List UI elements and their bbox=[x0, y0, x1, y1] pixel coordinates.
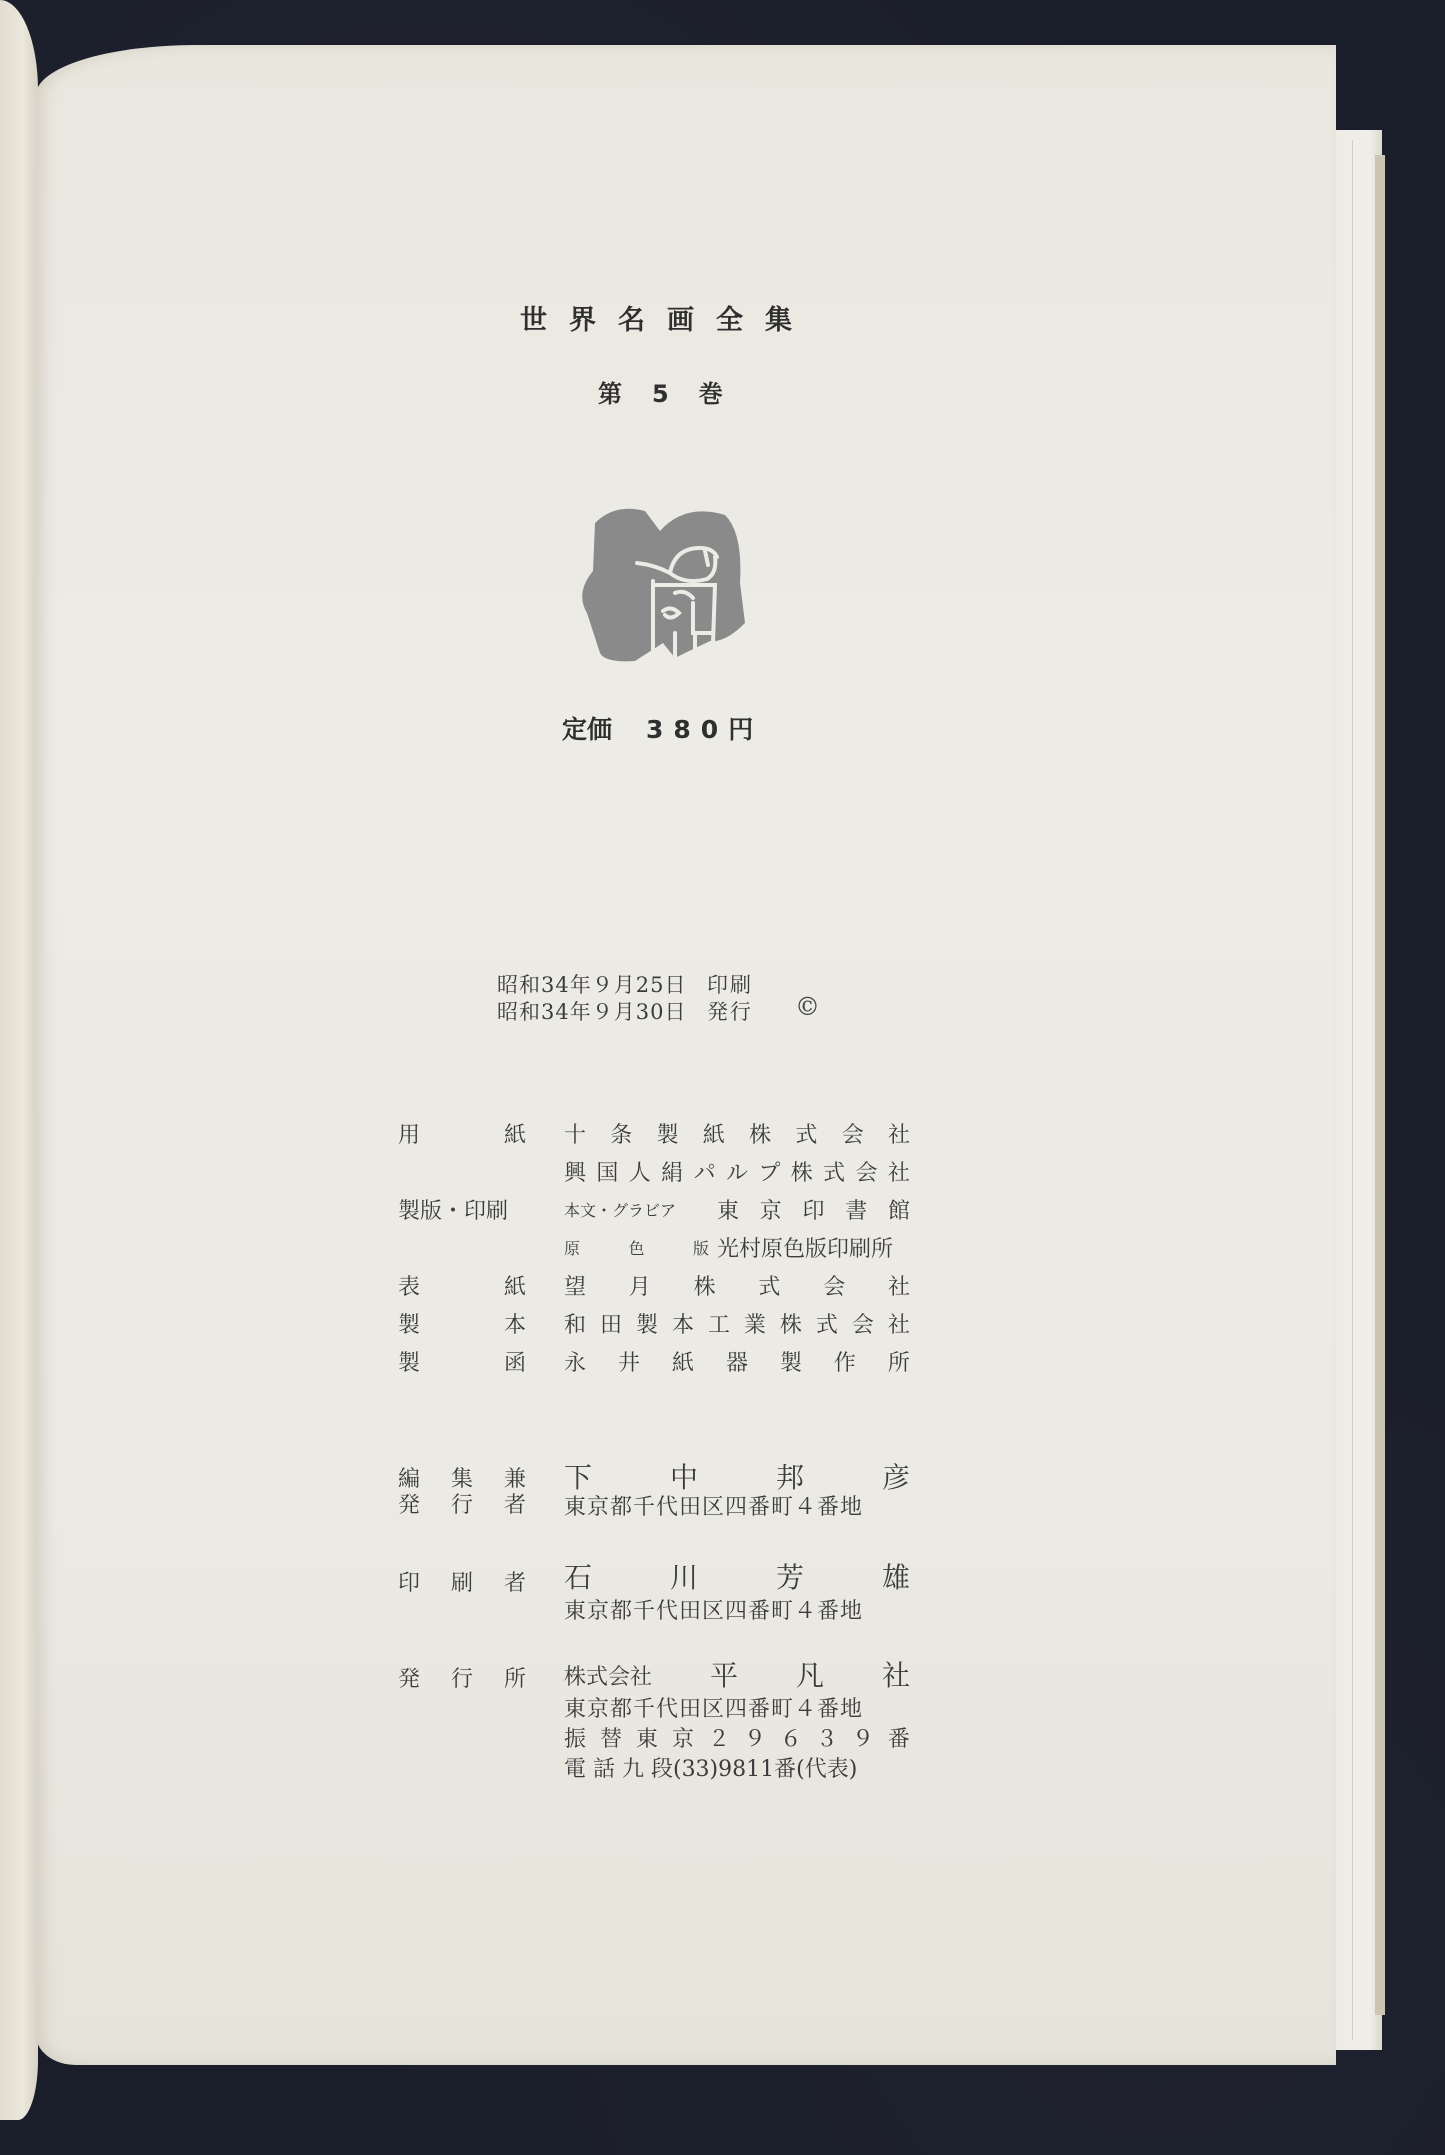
value-char: ９ bbox=[852, 1722, 874, 1753]
value-char: パ bbox=[694, 1156, 716, 1187]
value-char: 東 bbox=[717, 1194, 739, 1225]
value-char: ９ bbox=[744, 1722, 766, 1753]
label-char: 表 bbox=[398, 1270, 420, 1301]
colophon-row-paper: 用 紙 十 条 製 紙 株 式 会 社 bbox=[398, 1112, 910, 1150]
phone-text: 電 話 九 段(33)9811番(代表) bbox=[564, 1752, 857, 1783]
value-char: 作 bbox=[834, 1346, 856, 1377]
colophon-row-binding: 製 本 和 田 製 本 工 業 株 式 会 社 bbox=[398, 1302, 910, 1340]
value-char: 製 bbox=[636, 1308, 658, 1339]
address-text: 東京都千代田区四番町４番地 bbox=[564, 1594, 863, 1625]
value-char: 興 bbox=[564, 1156, 586, 1187]
label-char: 用 bbox=[398, 1118, 420, 1149]
name-char: 平 bbox=[710, 1654, 738, 1694]
publish-label: 発行 bbox=[707, 999, 765, 1026]
row-label: 用 紙 bbox=[398, 1118, 526, 1149]
name-char: 凡 bbox=[796, 1654, 824, 1694]
value-char: 絹 bbox=[661, 1156, 683, 1187]
value-char: ２ bbox=[708, 1722, 730, 1753]
row-label: 製 函 bbox=[398, 1346, 526, 1377]
colophon-row-transfer: 振 替 東 京 ２ ９ ６ ３ ９ 番 bbox=[398, 1722, 910, 1752]
name-char: 石 bbox=[564, 1556, 592, 1596]
value-char: ル bbox=[726, 1156, 748, 1187]
colophon-table: 用 紙 十 条 製 紙 株 式 会 社 興 国 人 絹 パ ル プ bbox=[398, 1112, 910, 1782]
value-char: 社 bbox=[888, 1156, 910, 1187]
prefix-char: 色 bbox=[628, 1236, 644, 1263]
value-char: 紙 bbox=[703, 1118, 725, 1149]
colophon-row-editor-address: 発 行 者 東京都千代田区四番町４番地 bbox=[398, 1488, 910, 1526]
label-char: 製 bbox=[398, 1346, 420, 1377]
colophon-row-platemaking-2: 原 色 版 光村原色版印刷所 bbox=[398, 1226, 910, 1264]
publisher-address: 東京都千代田区四番町４番地 bbox=[564, 1692, 910, 1723]
publication-dates: 昭和34年９月25日 印刷 昭和34年９月30日 発行 bbox=[497, 972, 765, 1026]
value-text: 光村原色版印刷所 bbox=[717, 1232, 893, 1263]
row-label: 印 刷 者 bbox=[398, 1566, 526, 1597]
label-char: 行 bbox=[451, 1488, 473, 1519]
name-char: 社 bbox=[882, 1654, 910, 1694]
row-value: 和 田 製 本 工 業 株 式 会 社 bbox=[564, 1308, 910, 1339]
value-char: 式 bbox=[795, 1118, 817, 1149]
label-char: 者 bbox=[504, 1566, 526, 1597]
page-content: 世界名画全集 第5巻 定価380円 昭和34年９月25日 印刷 昭和34年９月3… bbox=[0, 0, 1445, 2155]
value-char: 永 bbox=[564, 1346, 586, 1377]
editor-address: 東京都千代田区四番町４番地 bbox=[564, 1490, 910, 1521]
row-value: 望 月 株 式 会 社 bbox=[564, 1270, 910, 1301]
spacer bbox=[398, 1526, 910, 1556]
print-date: 昭和34年９月25日 bbox=[497, 972, 707, 999]
address-text: 東京都千代田区四番町４番地 bbox=[564, 1490, 863, 1521]
row-value: 本文・グラビア 東 京 印 書 館 bbox=[564, 1194, 910, 1225]
value-char: ６ bbox=[780, 1722, 802, 1753]
colophon-row-printer: 印 刷 者 石 川 芳 雄 bbox=[398, 1556, 910, 1594]
value-char: 工 bbox=[708, 1308, 730, 1339]
label-char: 者 bbox=[504, 1488, 526, 1519]
value-char: 製 bbox=[780, 1346, 802, 1377]
colophon-row-publisher: 発 行 所 株式会社 平 凡 社 bbox=[398, 1654, 910, 1692]
label-char: 函 bbox=[504, 1346, 526, 1377]
value-char: 本 bbox=[672, 1308, 694, 1339]
address-text: 東京都千代田区四番町４番地 bbox=[564, 1692, 863, 1723]
series-title: 世界名画全集 bbox=[520, 298, 920, 337]
value-char: 十 bbox=[564, 1118, 586, 1149]
name-char: 雄 bbox=[882, 1556, 910, 1596]
value-char: 京 bbox=[672, 1722, 694, 1753]
label-char: 印 bbox=[398, 1566, 420, 1597]
spacer bbox=[398, 1378, 910, 1456]
value-char: 社 bbox=[888, 1308, 910, 1339]
value-char: 紙 bbox=[672, 1346, 694, 1377]
value-char: 国 bbox=[596, 1156, 618, 1187]
transfer-account: 振 替 東 京 ２ ９ ６ ３ ９ 番 bbox=[564, 1722, 910, 1753]
value-char: 印 bbox=[802, 1194, 824, 1225]
value-char: プ bbox=[758, 1156, 780, 1187]
volume-number: 第5巻 bbox=[598, 374, 753, 409]
value-rest: 東 京 印 書 館 bbox=[717, 1194, 910, 1225]
colophon-row-cover: 表 紙 望 月 株 式 会 社 bbox=[398, 1264, 910, 1302]
value-char: 館 bbox=[888, 1194, 910, 1225]
value-char: 社 bbox=[888, 1118, 910, 1149]
row-label: 製 本 bbox=[398, 1308, 526, 1339]
value-prefix: 原 色 版 bbox=[564, 1232, 709, 1263]
value-char: 器 bbox=[726, 1346, 748, 1377]
spacer bbox=[398, 1632, 910, 1654]
colophon-row-phone: 電 話 九 段(33)9811番(代表) bbox=[398, 1752, 910, 1782]
value-char: 振 bbox=[564, 1722, 586, 1753]
bird-seal-logo-icon bbox=[575, 493, 750, 668]
name-char: 川 bbox=[670, 1556, 698, 1596]
print-label: 印刷 bbox=[707, 972, 765, 999]
printer-address: 東京都千代田区四番町４番地 bbox=[564, 1594, 910, 1625]
value-char: 製 bbox=[657, 1118, 679, 1149]
volume-digit: 5 bbox=[652, 380, 669, 408]
value-char: 会 bbox=[856, 1156, 878, 1187]
value-char: 番 bbox=[888, 1722, 910, 1753]
row-value: 原 色 版 光村原色版印刷所 bbox=[564, 1232, 910, 1263]
print-date-row: 昭和34年９月25日 印刷 bbox=[497, 972, 765, 999]
value-char: 株 bbox=[694, 1270, 716, 1301]
value-char: 月 bbox=[629, 1270, 651, 1301]
list-price: 定価380円 bbox=[562, 710, 763, 746]
company-prefix: 株式会社 bbox=[564, 1654, 652, 1694]
value-char: 和 bbox=[564, 1308, 586, 1339]
colophon-row-paper-2: 興 国 人 絹 パ ル プ 株 式 会 社 bbox=[398, 1150, 910, 1188]
name-char: 芳 bbox=[776, 1556, 804, 1596]
label-char: 刷 bbox=[451, 1566, 473, 1597]
value-char: 東 bbox=[636, 1722, 658, 1753]
row-label: 発 行 者 bbox=[398, 1488, 526, 1519]
prefix-text: 本文・グラビア bbox=[564, 1198, 676, 1225]
colophon-row-printer-address: 東京都千代田区四番町４番地 bbox=[398, 1594, 910, 1632]
value-char: 株 bbox=[780, 1308, 802, 1339]
label-char: 所 bbox=[504, 1662, 526, 1693]
price-label: 定価 bbox=[562, 715, 612, 744]
value-char: 会 bbox=[842, 1118, 864, 1149]
colophon-row-platemaking: 製版・印刷 本文・グラビア 東 京 印 書 館 bbox=[398, 1188, 910, 1226]
value-char: 所 bbox=[888, 1346, 910, 1377]
copyright-icon: © bbox=[795, 992, 820, 1021]
row-value: 永 井 紙 器 製 作 所 bbox=[564, 1346, 910, 1377]
value-rest: 光村原色版印刷所 bbox=[717, 1232, 910, 1263]
value-char: 式 bbox=[816, 1308, 838, 1339]
value-char: 田 bbox=[600, 1308, 622, 1339]
label-char: 本 bbox=[504, 1308, 526, 1339]
publish-date: 昭和34年９月30日 bbox=[497, 999, 707, 1026]
label-char: 発 bbox=[398, 1488, 420, 1519]
value-char: 井 bbox=[618, 1346, 640, 1377]
value-char: ３ bbox=[816, 1722, 838, 1753]
value-char: 会 bbox=[823, 1270, 845, 1301]
publish-date-row: 昭和34年９月30日 発行 bbox=[497, 999, 765, 1026]
row-value: 興 国 人 絹 パ ル プ 株 式 会 社 bbox=[564, 1156, 910, 1187]
volume-suffix: 巻 bbox=[699, 380, 723, 408]
value-char: 株 bbox=[749, 1118, 771, 1149]
label-char: 紙 bbox=[504, 1118, 526, 1149]
value-char: 式 bbox=[758, 1270, 780, 1301]
value-char: 会 bbox=[852, 1308, 874, 1339]
label-char: 製 bbox=[398, 1308, 420, 1339]
prefix-char: 原 bbox=[564, 1236, 580, 1263]
value-char: 株 bbox=[791, 1156, 813, 1187]
colophon-row-publisher-address: 東京都千代田区四番町４番地 bbox=[398, 1692, 910, 1722]
value-char: 業 bbox=[744, 1308, 766, 1339]
row-label: 製版・印刷 bbox=[398, 1194, 526, 1225]
value-char: 替 bbox=[600, 1722, 622, 1753]
printer-name: 石 川 芳 雄 bbox=[564, 1556, 910, 1596]
colophon-row-editor: 編 集 兼 下 中 邦 彦 bbox=[398, 1456, 910, 1488]
value-char: 京 bbox=[760, 1194, 782, 1225]
label-char: 発 bbox=[398, 1662, 420, 1693]
label-char: 紙 bbox=[504, 1270, 526, 1301]
value-char: 条 bbox=[610, 1118, 632, 1149]
value-char: 社 bbox=[888, 1270, 910, 1301]
row-label: 発 行 所 bbox=[398, 1662, 526, 1693]
value-char: 書 bbox=[845, 1194, 867, 1225]
publisher-name: 株式会社 平 凡 社 bbox=[564, 1654, 910, 1694]
label-text: 製版・印刷 bbox=[398, 1194, 508, 1225]
value-prefix: 本文・グラビア bbox=[564, 1194, 709, 1225]
row-value: 十 条 製 紙 株 式 会 社 bbox=[564, 1118, 910, 1149]
phone-number: 電 話 九 段(33)9811番(代表) bbox=[564, 1752, 890, 1783]
label-char: 行 bbox=[451, 1662, 473, 1693]
value-char: 式 bbox=[823, 1156, 845, 1187]
price-amount: 380円 bbox=[646, 715, 763, 744]
row-label: 表 紙 bbox=[398, 1270, 526, 1301]
value-char: 望 bbox=[564, 1270, 586, 1301]
prefix-char: 版 bbox=[693, 1236, 709, 1263]
value-char: 人 bbox=[629, 1156, 651, 1187]
colophon-row-case: 製 函 永 井 紙 器 製 作 所 bbox=[398, 1340, 910, 1378]
volume-prefix: 第 bbox=[598, 380, 622, 408]
